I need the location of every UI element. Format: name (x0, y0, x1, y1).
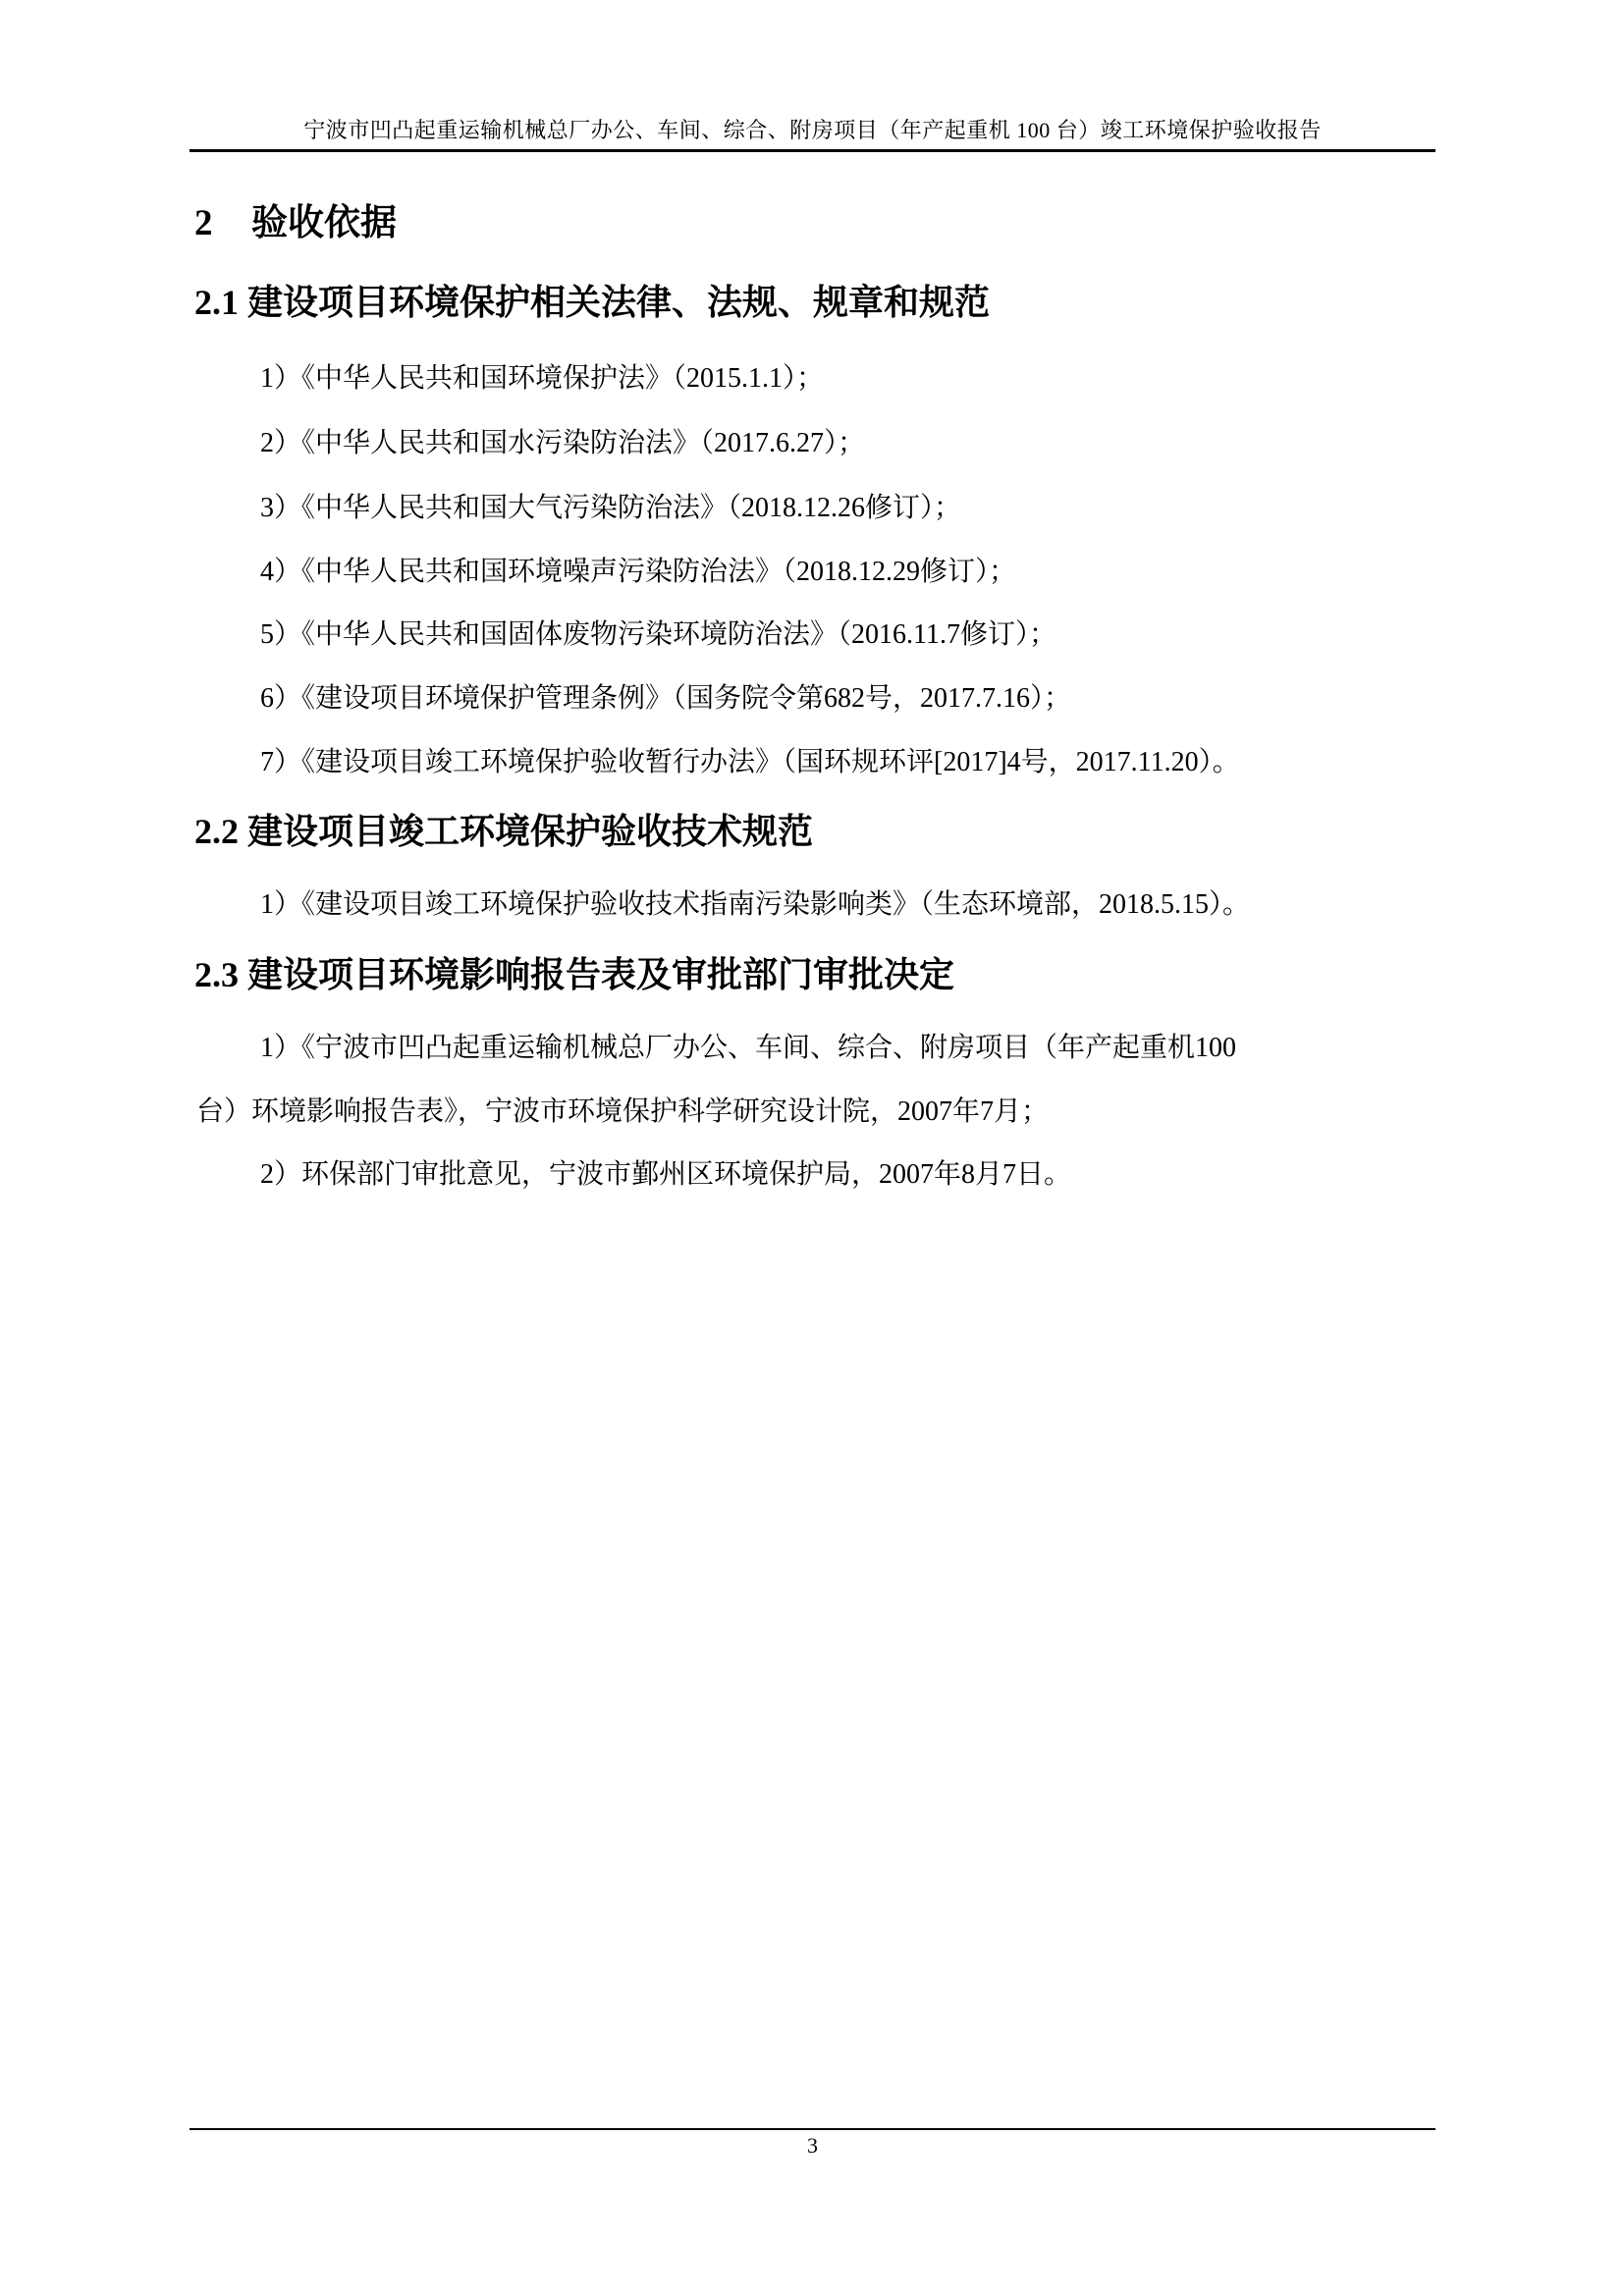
list-item: 7）《建设项目竣工环境保护验收暂行办法》（国环规环评[2017]4号，2017.… (260, 745, 1240, 780)
chapter-heading: 2验收依据 (194, 202, 397, 245)
chapter-number: 2 (194, 202, 251, 245)
page-number: 3 (189, 2132, 1435, 2160)
list-item: 1）《中华人民共和国环境保护法》（2015.1.1）； (260, 361, 824, 397)
section-heading-2-3: 2.3 建设项目环境影响报告表及审批部门审批决定 (194, 953, 954, 996)
list-item-continuation: 台）环境影响报告表》，宁波市环境保护科学研究设计院，2007年7月； (196, 1095, 1049, 1130)
chapter-title: 验收依据 (251, 203, 397, 243)
list-item: 4）《中华人民共和国环境噪声污染防治法》（2018.12.29修订）； (260, 555, 1016, 590)
section-heading-2-1: 2.1 建设项目环境保护相关法律、法规、规章和规范 (194, 281, 990, 324)
list-item: 2）《中华人民共和国水污染防治法》（2017.6.27）； (260, 426, 865, 461)
running-header-title: 宁波市凹凸起重运输机械总厂办公、车间、综合、附房项目（年产起重机 100 台）竣… (189, 116, 1435, 145)
section-heading-2-2: 2.2 建设项目竣工环境保护验收技术规范 (194, 810, 813, 853)
list-item: 2）环保部门审批意见，宁波市鄞州区环境保护局，2007年8月7日。 (260, 1157, 1071, 1193)
list-item: 5）《中华人民共和国固体废物污染环境防治法》（2016.11.7修订）； (260, 617, 1056, 653)
list-item: 6）《建设项目环境保护管理条例》（国务院令第682号，2017.7.16）； (260, 681, 1071, 717)
header-divider (189, 149, 1435, 152)
list-item: 1）《建设项目竣工环境保护验收技术指南污染影响类》（生态环境部，2018.5.1… (260, 887, 1250, 923)
footer-divider (189, 2128, 1435, 2130)
list-item: 3）《中华人民共和国大气污染防治法》（2018.12.26修订）； (260, 491, 961, 526)
list-item: 1）《宁波市凹凸起重运输机械总厂办公、车间、综合、附房项目（年产起重机100 (260, 1031, 1236, 1066)
